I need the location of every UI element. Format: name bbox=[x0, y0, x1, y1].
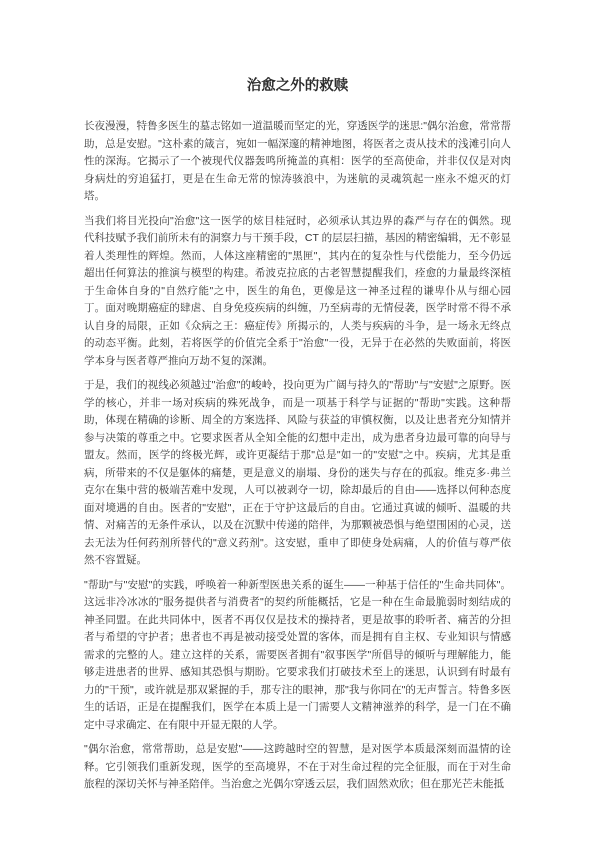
paragraph-1: 长夜漫漫，特鲁多医生的墓志铭如一道温暖而坚定的光，穿透医学的迷思:"偶尔治愈，常… bbox=[84, 118, 511, 206]
paragraph-4: "帮助"与"安慰"的实践，呼唤着一种新型医患关系的诞生——一种基于信任的"生命共… bbox=[84, 577, 511, 735]
document-page: 治愈之外的救赎 长夜漫漫，特鲁多医生的墓志铭如一道温暖而坚定的光，穿透医学的迷思… bbox=[0, 0, 595, 841]
paragraph-5: "偶尔治愈，常常帮助，总是安慰"——这跨越时空的智慧，是对医学本质最深刻而温情的… bbox=[84, 741, 511, 794]
paragraph-3: 于是，我们的视线必须越过"治愈"的峻岭，投向更为广阔与持久的"帮助"与"安慰"之… bbox=[84, 377, 511, 570]
document-title: 治愈之外的救赎 bbox=[84, 76, 511, 97]
paragraph-2: 当我们将目光投向"治愈"这一医学的炫目桂冠时，必须承认其边界的森严与存在的偶然。… bbox=[84, 213, 511, 371]
